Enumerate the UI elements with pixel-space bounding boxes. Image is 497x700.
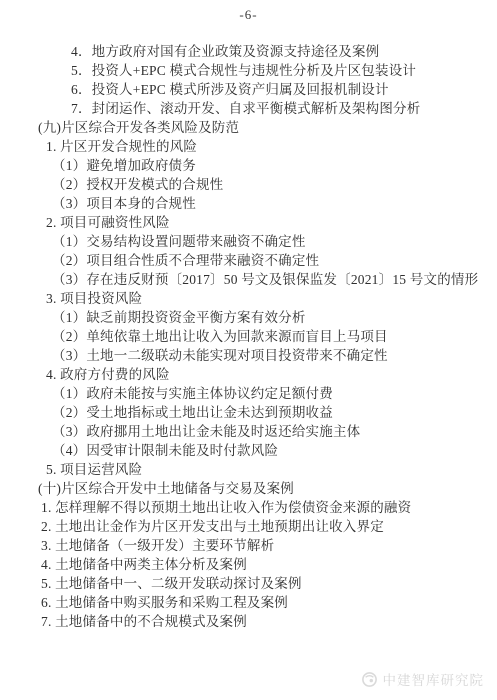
watermark-text: 中建智库研究院 — [383, 669, 485, 689]
toc-line: （1）避免增加政府债务 — [38, 156, 479, 175]
toc-line: 3. 土地储备（一级开发）主要环节解析 — [38, 536, 479, 555]
toc-line: 7. 土地储备中的不合规模式及案例 — [38, 612, 479, 631]
toc-line: 2. 项目可融资性风险 — [38, 213, 479, 232]
toc-line: 6．投资人+EPC 模式所涉及资产归属及回报机制设计 — [38, 80, 479, 99]
toc-line: （2）授权开发模式的合规性 — [38, 175, 479, 194]
toc-line: 5．投资人+EPC 模式合规性与违规性分析及片区包装设计 — [38, 61, 479, 80]
toc-line: 4. 土地储备中两类主体分析及案例 — [38, 555, 479, 574]
toc-line: （3）土地一二级联动未能实现对项目投资带来不确定性 — [38, 346, 479, 365]
toc-line: 1. 怎样理解不得以预期土地出让收入作为偿债资金来源的融资 — [38, 498, 479, 517]
toc-line: 6. 土地储备中购买服务和采购工程及案例 — [38, 593, 479, 612]
toc-line: (十)片区综合开发中土地储备与交易及案例 — [38, 479, 479, 498]
toc-line: 3. 项目投资风险 — [38, 289, 479, 308]
toc-line: （3）政府挪用土地出让金未能及时返还给实施主体 — [38, 422, 479, 441]
toc-line: (九)片区综合开发各类风险及防范 — [38, 118, 479, 137]
toc-line: 4．地方政府对国有企业政策及资源支持途径及案例 — [38, 42, 479, 61]
toc-line: 2. 土地出让金作为片区开发支出与土地预期出让收入界定 — [38, 517, 479, 536]
toc-line: （3）项目本身的合规性 — [38, 194, 479, 213]
toc-line: 1. 片区开发合规性的风险 — [38, 137, 479, 156]
toc-line: （2）受土地指标或土地出让金未达到预期收益 — [38, 403, 479, 422]
toc-line: （4）因受审计限制未能及时付款风险 — [38, 441, 479, 460]
toc-line: （2）单纯依靠土地出让收入为回款来源而盲目上马项目 — [38, 327, 479, 346]
toc-line: （3）存在违反财预〔2017〕50 号文及银保监发〔2021〕15 号文的情形 — [38, 270, 479, 289]
toc-line: （1）交易结构设置问题带来融资不确定性 — [38, 232, 479, 251]
toc-line: 7．封闭运作、滚动开发、自求平衡模式解析及架构图分析 — [38, 99, 479, 118]
toc-line: 4. 政府方付费的风险 — [38, 365, 479, 384]
toc-line: （2）项目组合性质不合理带来融资不确定性 — [38, 251, 479, 270]
toc-line: 5. 土地储备中一、二级开发联动探讨及案例 — [38, 574, 479, 593]
document-page: 4．地方政府对国有企业政策及资源支持途径及案例5．投资人+EPC 模式合规性与违… — [0, 0, 497, 700]
cctt-swirl-logo-icon — [361, 671, 378, 688]
watermark: 中建智库研究院 — [361, 669, 485, 689]
toc-line: （1）缺乏前期投资资金平衡方案有效分析 — [38, 308, 479, 327]
toc-outline: 4．地方政府对国有企业政策及资源支持途径及案例5．投资人+EPC 模式合规性与违… — [38, 42, 479, 631]
page-number: -6- — [0, 7, 497, 23]
toc-line: 5. 项目运营风险 — [38, 460, 479, 479]
toc-line: （1）政府未能按与实施主体协议约定足额付费 — [38, 384, 479, 403]
